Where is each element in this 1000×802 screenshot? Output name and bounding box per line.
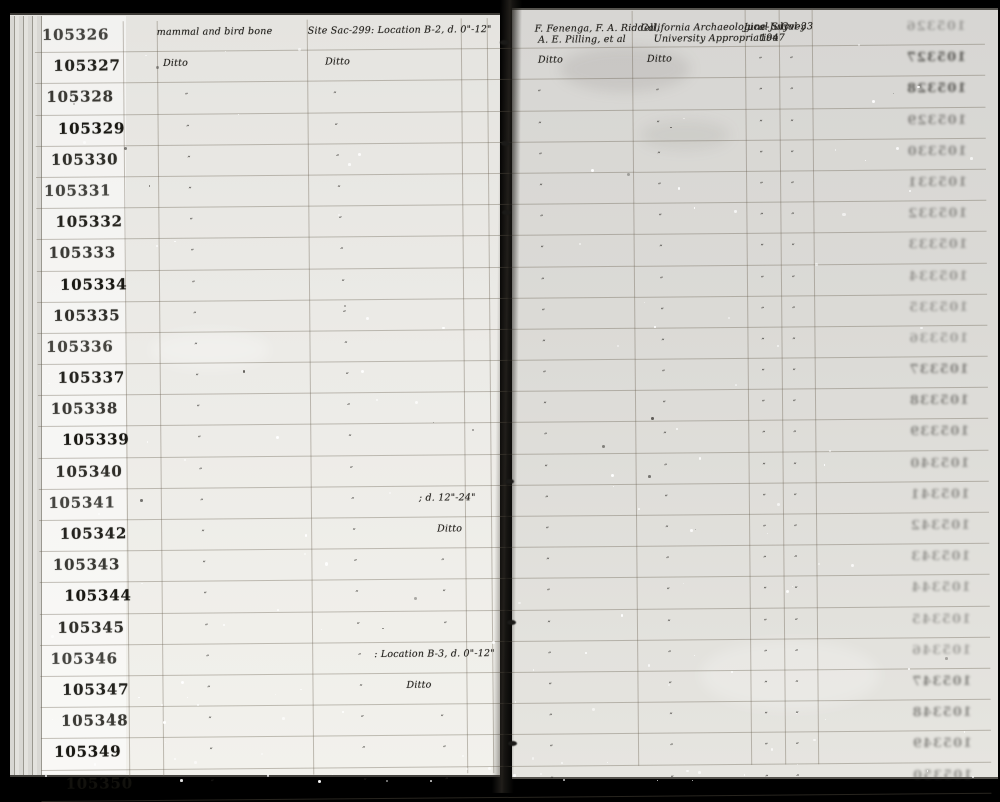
catalog-number: 105336: [46, 337, 114, 356]
dust-speck: [654, 326, 656, 328]
ditto-mark: ″: [203, 560, 206, 569]
ditto-mark: ″: [796, 742, 799, 751]
ditto-mark: ″: [759, 87, 762, 96]
ditto-mark: ″: [539, 151, 542, 160]
ditto-mark: ″: [668, 649, 671, 658]
dust-speck: [835, 149, 837, 151]
ditto-mark: ″: [761, 243, 764, 252]
ditto-mark: ″: [207, 684, 210, 693]
dust-speck: [842, 213, 845, 216]
dust-speck: [771, 748, 773, 750]
dust-speck: [585, 652, 587, 654]
ditto-mark: ″: [791, 118, 794, 127]
dust-speck: [613, 486, 614, 487]
bleedthrough-number: 105331: [888, 175, 986, 191]
ditto-mark: ″: [344, 340, 347, 349]
ditto-mark: ″: [335, 122, 338, 131]
dust-speck: [648, 475, 651, 478]
ditto-mark: ″: [543, 370, 546, 379]
catalog-number: 105341: [48, 493, 116, 512]
dust-speck: [184, 459, 186, 461]
ditto-mark: ″: [342, 278, 345, 287]
ditto-mark: ″: [187, 154, 190, 163]
ditto-mark: ″: [443, 745, 446, 754]
ditto-mark: ″: [339, 215, 342, 224]
dust-speck: [81, 657, 84, 660]
dust-speck: [621, 614, 623, 616]
ditto-mark: ″: [795, 617, 798, 626]
ditto-mark: ″: [544, 401, 547, 410]
dust-speck: [304, 553, 306, 555]
ditto-mark: ″: [333, 91, 336, 100]
dust-speck: [917, 86, 919, 88]
dust-speck: [651, 417, 654, 420]
dust-speck: [430, 780, 432, 782]
bleedthrough-number: 105333: [889, 237, 987, 253]
catalog-number: 105328: [46, 88, 114, 107]
ditto-mark: ″: [794, 523, 797, 532]
ditto-mark: ″: [793, 430, 796, 439]
dust-speck: [699, 457, 702, 460]
dust-speck: [77, 413, 78, 414]
bleedthrough-number: 105343: [891, 549, 989, 565]
ditto-mark: ″: [548, 619, 551, 628]
ditto-mark: ″: [191, 248, 194, 257]
ditto-mark: ″: [358, 652, 361, 661]
ditto-mark: ″: [355, 590, 358, 599]
dust-speck: [348, 163, 351, 166]
ditto-mark: ″: [796, 711, 799, 720]
ditto-mark: ″: [544, 432, 547, 441]
bleedthrough-number: 105340: [891, 455, 989, 471]
ditto-mark: ″: [354, 558, 357, 567]
bleedthrough-number: 105329: [888, 112, 986, 128]
dust-speck: [767, 533, 768, 534]
ditto-mark: ″: [205, 622, 208, 631]
ditto-mark: ″: [541, 276, 544, 285]
dust-speck: [344, 305, 345, 306]
dust-speck: [194, 761, 196, 763]
dust-speck: [777, 503, 780, 506]
ditto-mark: ″: [193, 310, 196, 319]
ditto-mark: ″: [657, 150, 660, 159]
dust-speck: [225, 51, 226, 52]
ditto-mark: ″: [663, 400, 666, 409]
ditto-mark: ″: [792, 274, 795, 283]
catalog-number: 105335: [53, 306, 121, 325]
catalog-number: 105340: [55, 462, 123, 481]
ditto-mark: ″: [194, 342, 197, 351]
ditto-mark: ″: [347, 403, 350, 412]
ditto-mark: ″: [542, 307, 545, 316]
dust-speck: [332, 774, 333, 775]
ditto-mark: ″: [190, 217, 193, 226]
ditto-mark: ″: [790, 87, 793, 96]
ditto-mark: ″: [664, 462, 667, 471]
dust-speck: [73, 103, 75, 105]
catalog-number: 105331: [44, 181, 112, 200]
catalog-number: 105326: [42, 25, 110, 44]
ditto-mark: ″: [538, 89, 541, 98]
ditto-mark: ″: [343, 309, 346, 318]
ditto-mark: ″: [658, 182, 661, 191]
ditto-mark: ″: [353, 527, 356, 536]
dust-speck: [488, 767, 491, 770]
ditto-mark: ″: [364, 777, 367, 786]
bleedthrough-number: 105327: [887, 50, 985, 66]
ditto-mark: ″: [661, 337, 664, 346]
ditto-mark: ″: [441, 558, 444, 567]
ditto-mark: ″: [196, 373, 199, 382]
dust-speck: [676, 428, 678, 430]
bleedthrough-number: 105344: [892, 580, 990, 596]
ditto-mark: ″: [670, 712, 673, 721]
ditto-mark: ″: [540, 183, 543, 192]
ditto-mark: ″: [350, 465, 353, 474]
dust-speck: [140, 499, 143, 502]
dust-speck: [282, 717, 285, 720]
ditto-mark: ″: [549, 681, 552, 690]
ditto-mark: ″: [760, 118, 763, 127]
ditto-mark: ″: [546, 526, 549, 535]
ditto-mark: ″: [796, 773, 799, 782]
ditto-mark: ″: [764, 586, 767, 595]
fund-cell: Ditto: [647, 55, 672, 66]
dust-speck: [325, 562, 328, 565]
ledger-spread: 105326mammal and bird boneSite Sac-299: …: [0, 0, 1000, 793]
catalog-number: 105337: [58, 368, 126, 387]
ditto-mark: ″: [445, 776, 448, 785]
ditto-mark: ″: [671, 774, 674, 783]
dust-speck: [533, 669, 535, 671]
ditto-mark: ″: [662, 369, 665, 378]
ditto-mark: ″: [548, 650, 551, 659]
dust-speck: [267, 774, 269, 776]
ditto-mark: ″: [794, 555, 797, 564]
dust-speck: [644, 302, 645, 303]
bleedthrough-number: 105334: [889, 268, 987, 284]
ditto-mark: ″: [765, 773, 768, 782]
dust-speck: [532, 757, 535, 760]
dust-speck: [110, 713, 113, 716]
site-extra-cell: Ditto: [437, 524, 462, 535]
dust-speck: [698, 771, 701, 774]
ditto-mark: ″: [659, 244, 662, 253]
ditto-mark: ″: [763, 524, 766, 533]
ditto-mark: ″: [666, 556, 669, 565]
dust-speck: [515, 701, 516, 702]
bleedthrough-number: 105342: [891, 518, 989, 534]
ditto-mark: ″: [346, 371, 349, 380]
stitch-mark: [505, 479, 514, 484]
dust-speck: [731, 671, 733, 673]
ditto-mark: ″: [660, 275, 663, 284]
ditto-mark: ″: [192, 279, 195, 288]
dust-speck: [163, 721, 166, 724]
catalog-number: 105327: [53, 56, 121, 75]
dust-speck: [678, 187, 680, 189]
ditto-mark: ″: [546, 557, 549, 566]
catalog-number: 105348: [61, 711, 129, 730]
ditto-mark: ″: [765, 742, 768, 751]
dust-speck: [75, 656, 78, 659]
ditto-mark: ″: [186, 123, 189, 132]
ditto-mark: ″: [761, 337, 764, 346]
bleedthrough-number: 105328: [887, 81, 985, 97]
dust-speck: [88, 310, 90, 312]
ditto-mark: ″: [763, 555, 766, 564]
ditto-mark: ″: [206, 653, 209, 662]
ditto-mark: ″: [540, 214, 543, 223]
dust-speck: [735, 384, 737, 386]
description-cell: mammal and bird bone: [157, 27, 273, 39]
ditto-mark: ″: [550, 775, 553, 784]
dust-speck: [52, 719, 53, 720]
ditto-mark: ″: [761, 305, 764, 314]
ditto-mark: ″: [792, 305, 795, 314]
ditto-mark: ″: [793, 367, 796, 376]
ditto-mark: ″: [762, 368, 765, 377]
ditto-mark: ″: [792, 243, 795, 252]
ditto-mark: ″: [338, 184, 341, 193]
catalog-number: 105329: [58, 119, 126, 138]
ditto-mark: ″: [762, 399, 765, 408]
ditto-mark: ″: [541, 245, 544, 254]
dust-speck: [851, 564, 854, 567]
ditto-mark: ″: [795, 648, 798, 657]
ditto-mark: ″: [790, 56, 793, 65]
dust-speck: [98, 513, 100, 515]
dust-speck: [174, 241, 175, 242]
ditto-mark: ″: [211, 778, 214, 787]
description-cell: Ditto: [163, 59, 188, 70]
dust-speck: [627, 173, 630, 176]
ditto-mark: ″: [545, 494, 548, 503]
catalog-number: 105344: [64, 587, 132, 606]
dust-speck: [786, 590, 789, 593]
ditto-mark: ″: [542, 338, 545, 347]
ditto-mark: ″: [794, 461, 797, 470]
ditto-mark: ″: [545, 463, 548, 472]
catalog-number: 105347: [62, 680, 130, 699]
ditto-mark: ″: [202, 529, 205, 538]
dust-speck: [602, 445, 605, 448]
ditto-mark: ″: [764, 617, 767, 626]
stitch-mark: [507, 620, 516, 625]
ditto-mark: ″: [349, 434, 352, 443]
catalog-number: 105339: [62, 431, 130, 450]
dust-speck: [872, 100, 875, 103]
ditto-mark: ″: [659, 213, 662, 222]
ditto-mark: ″: [198, 435, 201, 444]
dust-speck: [358, 153, 361, 156]
ditto-mark: ″: [763, 492, 766, 501]
ditto-mark: ″: [762, 430, 765, 439]
ditto-mark: ″: [444, 620, 447, 629]
site-extra-cell: ; d. 12"-24": [419, 493, 476, 504]
dust-speck: [472, 429, 474, 431]
catalog-number: 105350: [65, 774, 133, 793]
dust-speck: [972, 776, 974, 778]
dust-speck: [945, 657, 948, 660]
ditto-mark: ″: [670, 743, 673, 752]
ditto-mark: ″: [793, 399, 796, 408]
ditto-mark: ″: [210, 747, 213, 756]
ditto-mark: ″: [760, 212, 763, 221]
dust-speck: [668, 684, 670, 686]
catalog-number: 105330: [51, 150, 119, 169]
catalog-number: 105342: [60, 524, 128, 543]
dust-speck: [909, 190, 911, 192]
dust-speck: [920, 327, 923, 330]
bleedthrough-number: 105326: [887, 19, 985, 35]
dust-speck: [180, 779, 183, 782]
ditto-mark: ″: [547, 588, 550, 597]
stitch-mark: [508, 741, 517, 746]
bleedthrough-number: 105339: [890, 424, 988, 440]
catalog-number: 105345: [57, 618, 125, 637]
catalog-number: 105349: [54, 743, 122, 762]
stitch-mark: [501, 141, 510, 146]
dust-speck: [492, 641, 495, 644]
accession-cell: Cal-33: [781, 22, 814, 33]
bleedthrough-number: 105346: [892, 642, 990, 658]
ditto-mark: ″: [792, 336, 795, 345]
dust-speck: [298, 48, 300, 50]
bleedthrough-number: 105341: [891, 487, 989, 503]
ditto-mark: ″: [760, 149, 763, 158]
ditto-mark: ″: [538, 120, 541, 129]
site-cell: Site Sac-299: Location B-2, d. 0"-12": [308, 25, 492, 37]
dust-speck: [813, 739, 815, 741]
bleedthrough-number: 105350: [893, 767, 991, 783]
dust-speck: [561, 762, 563, 764]
bleedthrough-number: 105349: [893, 736, 991, 752]
dust-speck: [415, 401, 418, 404]
bleedthrough-number: 105337: [890, 362, 988, 378]
stitch-mark: [502, 210, 511, 215]
ditto-mark: ″: [360, 683, 363, 692]
ditto-mark: ″: [549, 713, 552, 722]
ditto-mark: ″: [764, 648, 767, 657]
dust-speck: [145, 55, 146, 56]
dust-speck: [318, 780, 321, 783]
catalog-number: 105333: [48, 244, 116, 263]
ditto-mark: ″: [667, 587, 670, 596]
catalog-number: 105332: [55, 212, 123, 231]
dust-speck: [970, 157, 973, 160]
ditto-mark: ″: [340, 247, 343, 256]
site-extra-cell: Ditto: [406, 681, 431, 692]
ditto-mark: ″: [362, 746, 365, 755]
dust-speck: [734, 210, 736, 212]
bleedthrough-number: 105332: [888, 206, 986, 222]
site-cell: Ditto: [325, 57, 350, 68]
dust-speck: [683, 583, 685, 585]
ditto-mark: ″: [197, 404, 200, 413]
bleedthrough-number: 105348: [893, 705, 991, 721]
ditto-mark: ″: [795, 586, 798, 595]
bleedthrough-number: 105336: [889, 331, 987, 347]
ditto-mark: ″: [199, 466, 202, 475]
ditto-mark: ″: [657, 119, 660, 128]
dust-speck: [223, 624, 225, 626]
dust-speck: [592, 708, 594, 710]
dust-speck: [513, 774, 516, 777]
dust-speck: [141, 583, 142, 584]
ditto-mark: ″: [795, 679, 798, 688]
dust-speck: [243, 370, 245, 372]
site-extra-cell: : Location B-3, d. 0"-12": [374, 649, 495, 661]
ditto-mark: ″: [209, 716, 212, 725]
collector-cell: Ditto: [538, 56, 563, 67]
ditto-mark: ″: [185, 92, 188, 101]
bleedthrough-number: 105347: [892, 674, 990, 690]
ditto-mark: ″: [763, 461, 766, 470]
ditto-mark: ″: [764, 680, 767, 689]
ditto-mark: ″: [336, 153, 339, 162]
ditto-mark: ″: [791, 149, 794, 158]
dust-speck: [382, 628, 383, 629]
ditto-mark: ″: [656, 88, 659, 97]
bleedthrough-number: 105335: [889, 299, 987, 315]
bleedthrough-number: 105338: [890, 393, 988, 409]
ditto-mark: ″: [357, 621, 360, 630]
ditto-mark: ″: [791, 212, 794, 221]
ditto-mark: ″: [663, 431, 666, 440]
dust-speck: [305, 534, 307, 536]
bleedthrough-number: 105345: [892, 611, 990, 627]
ditto-mark: ″: [791, 180, 794, 189]
ditto-mark: ″: [443, 589, 446, 598]
catalog-number: 105346: [50, 649, 118, 668]
ditto-mark: ″: [765, 711, 768, 720]
ditto-mark: ″: [794, 492, 797, 501]
ditto-mark: ″: [361, 714, 364, 723]
catalog-number: 105343: [53, 556, 121, 575]
catalog-number: 105334: [60, 275, 128, 294]
ditto-mark: ″: [351, 496, 354, 505]
ditto-mark: ″: [661, 306, 664, 315]
ditto-mark: ″: [668, 618, 671, 627]
ditto-mark: ″: [759, 56, 762, 65]
ditto-mark: ″: [204, 591, 207, 600]
ditto-mark: ″: [761, 274, 764, 283]
ditto-mark: ″: [189, 186, 192, 195]
ditto-mark: ″: [760, 181, 763, 190]
ditto-mark: ″: [665, 493, 668, 502]
ditto-mark: ″: [200, 497, 203, 506]
ditto-mark: ″: [550, 744, 553, 753]
stitch-mark: [500, 40, 509, 45]
dust-speck: [161, 704, 163, 706]
dust-speck: [540, 773, 542, 775]
dust-speck: [670, 127, 671, 128]
ditto-mark: ″: [665, 525, 668, 534]
dust-speck: [815, 263, 818, 266]
ditto-mark: ″: [441, 714, 444, 723]
dust-speck: [462, 755, 463, 756]
dust-speck: [797, 764, 798, 765]
dust-speck: [908, 668, 910, 670]
